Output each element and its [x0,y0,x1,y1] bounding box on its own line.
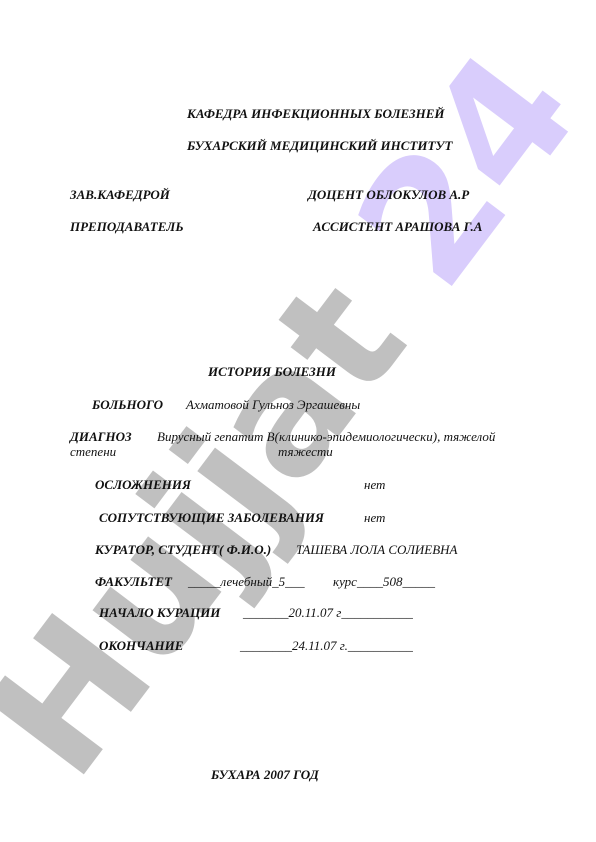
faculty-label: ФАКУЛЬТЕТ [95,574,172,589]
watermark-brand: Hujjat [0,248,442,811]
curator-value: ТАШЕВА ЛОЛА СОЛИЕВНА [296,542,458,557]
curator-label: КУРАТОР, СТУДЕНТ( Ф.И.О.) [95,542,271,557]
head-value: ДОЦЕНТ ОБЛОКУЛОВ А.Р [308,187,469,202]
diagnosis-value-line2a: степени [70,444,116,459]
head-label: ЗАВ.КАФЕДРОЙ [70,187,170,202]
end-value: ________24.11.07 г.__________ [240,638,413,653]
diagnosis-value-line1: Вирусный гепатит В(клинико-эпидемиологич… [157,429,495,444]
end-label: ОКОНЧАНИЕ [99,638,183,653]
complications-label: ОСЛОЖНЕНИЯ [95,477,191,492]
complications-value: нет [364,477,385,492]
department-title: КАФЕДРА ИНФЕКЦИОННЫХ БОЛЕЗНЕЙ [187,106,445,121]
comorbidities-value: нет [364,510,385,525]
comorbidities-label: СОПУТСТВУЮЩИЕ ЗАБОЛЕВАНИЯ [99,510,324,525]
start-label: НАЧАЛО КУРАЦИИ [99,605,220,620]
diagnosis-value-line2b: тяжести [278,444,333,459]
course-value: курс____508_____ [333,574,435,589]
start-value: _______20.11.07 г___________ [243,605,413,620]
footer-city-year: БУХАРА 2007 ГОД [211,767,319,782]
patient-label: БОЛЬНОГО [92,397,163,412]
watermark: Hujjat 24 [0,0,596,842]
institute-title: БУХАРСКИЙ МЕДИЦИНСКИЙ ИНСТИТУТ [187,138,452,153]
diagnosis-label: ДИАГНОЗ [70,429,132,444]
faculty-value: _____лечебный_5___ [188,574,305,589]
patient-value: Ахматовой Гульноз Эргашевны [186,397,360,412]
document-page: Hujjat 24 КАФЕДРА ИНФЕКЦИОННЫХ БОЛЕЗНЕЙ … [0,0,596,842]
teacher-value: АССИСТЕНТ АРАШОВА Г.А [313,219,482,234]
teacher-label: ПРЕПОДАВАТЕЛЬ [70,219,184,234]
document-title: ИСТОРИЯ БОЛЕЗНИ [208,364,336,379]
